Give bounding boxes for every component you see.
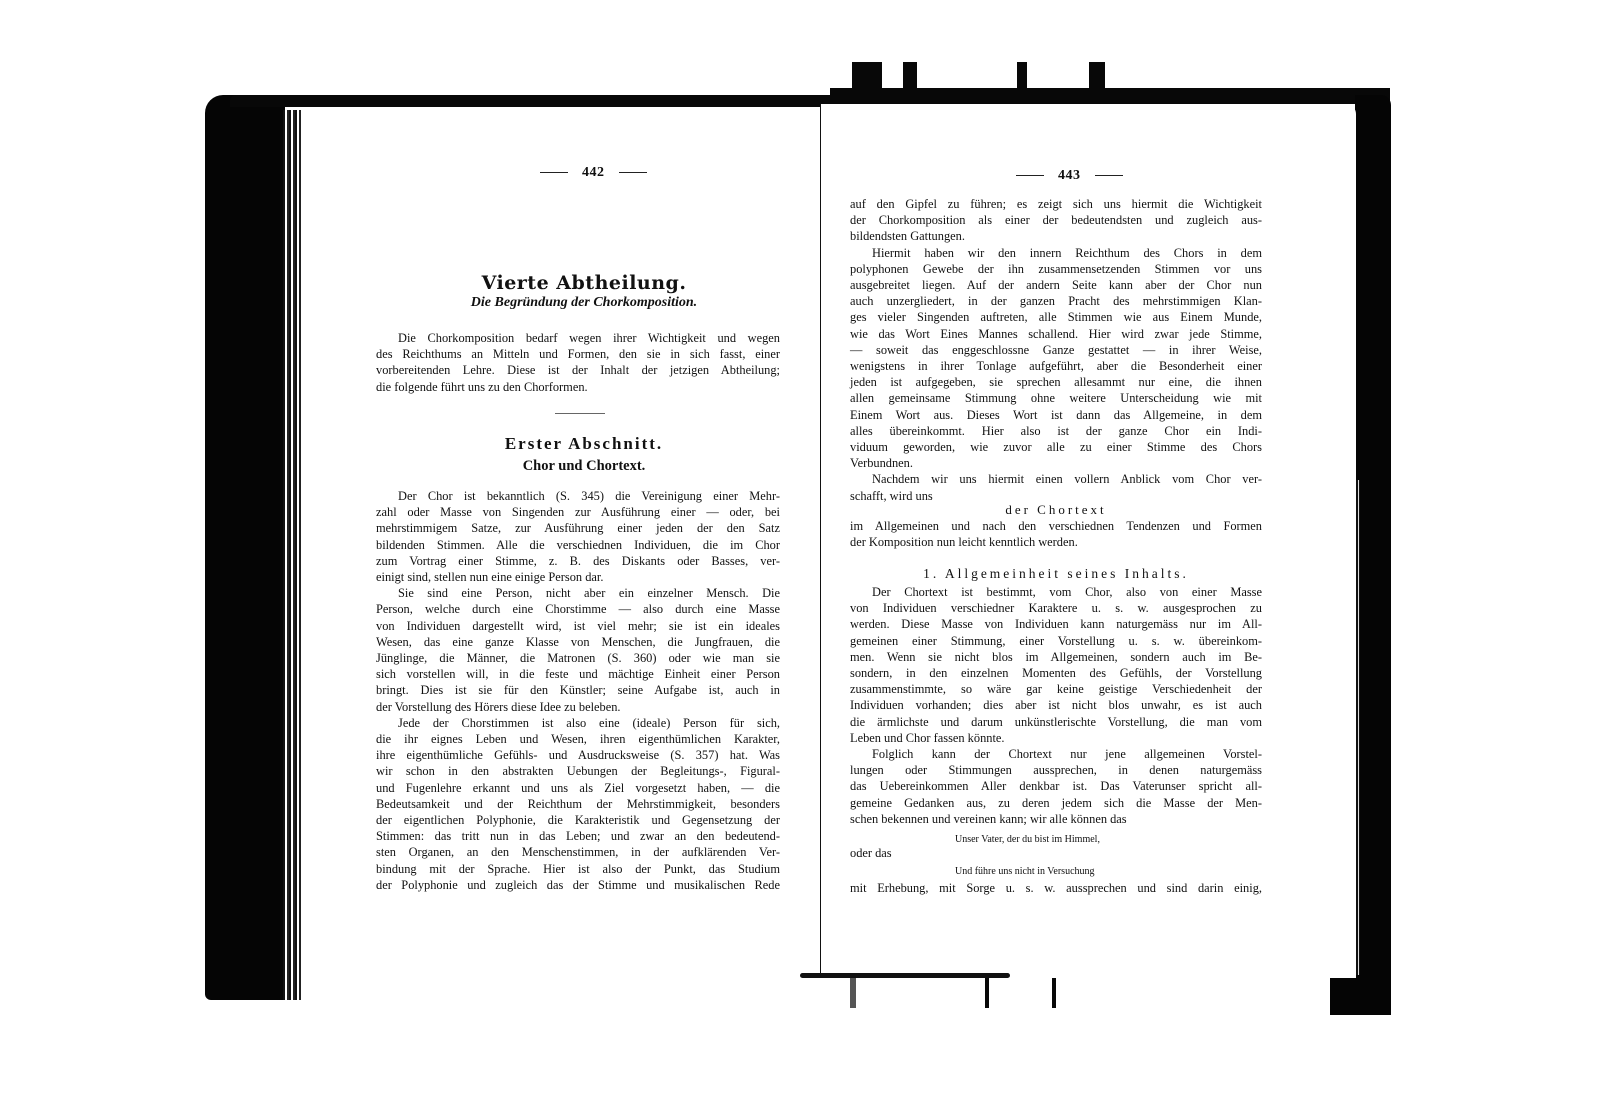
text-line: des Reichthums an Mitteln und Formen, de…	[376, 346, 780, 362]
page-tab-marker	[1017, 62, 1027, 92]
text-line: Bedeutsamkeit und der Reichthum der Mehr…	[376, 796, 780, 812]
text-line: auch unzergliedert, in der ganzen Pracht…	[850, 293, 1262, 309]
text-line: polyphonen Gewebe der ihn zusammensetzen…	[850, 261, 1262, 277]
text-line: Person, welche durch eine Chorstimme — a…	[376, 601, 780, 617]
text-line: wir schon in den abstrakten Uebungen der…	[376, 763, 780, 779]
text-line: — soweit das enggeschlossne Ganze gestat…	[850, 342, 1262, 358]
book-cover-corner	[1330, 975, 1390, 1015]
text-line: Wesen, das eine ganze Klasse von Mensche…	[376, 634, 780, 650]
text-line: der Komposition nun leicht kenntlich wer…	[850, 534, 1262, 550]
text-line: sich vorstellen will, in die feste und m…	[376, 666, 780, 682]
page-tab-marker	[1089, 62, 1105, 92]
text-line: Der Chor ist bekanntlich (S. 345) die Ve…	[376, 488, 780, 504]
text-line: werden. Diese Masse von Individuen kann …	[850, 616, 1262, 632]
text-line: bindung mit der Sprache. Hier ist also d…	[376, 861, 780, 877]
text-line: das Uebereinkommen Aller denkbar ist. Da…	[850, 778, 1262, 794]
text-line: lungen oder Stimmungen aussprechen, in d…	[850, 762, 1262, 778]
text-line: ausgebreitet liegen. Auf der andern Seit…	[850, 277, 1262, 293]
text-line: auf den Gipfel zu führen; es zeigt sich …	[850, 196, 1262, 212]
text-line: bildendsten Gattungen.	[850, 228, 1262, 244]
page-tab-marker	[903, 62, 917, 92]
text-line: sten Organen, an den Menschenstimmen, in…	[376, 844, 780, 860]
text-line: Individuen vorhanden; dies aber ist nich…	[850, 697, 1262, 713]
connector-text: oder das	[850, 845, 1050, 861]
text-line: mit Erhebung, mit Sorge u. s. w. ausspre…	[850, 880, 1262, 896]
text-line: zum Vortrag einer Stimme, z. B. des Disk…	[376, 553, 780, 569]
chapter-title: Erster Abschnitt.	[388, 436, 780, 452]
section-title: Vierte Abtheilung.	[388, 275, 780, 291]
text-line: jeden ist aufgegeben, sie sprechen alles…	[850, 374, 1262, 390]
text-line: zahl oder Masse von Singenden zur Ausfüh…	[376, 504, 780, 520]
text-line: Folglich kann der Chortext nur jene allg…	[850, 746, 1262, 762]
section-divider	[555, 413, 605, 414]
page-tab-marker	[1052, 978, 1056, 1008]
chapter-heading: Erster Abschnitt. Chor und Chortext.	[388, 436, 780, 474]
text-line: Einem Wort aus. Dieses Wort ist dann das…	[850, 407, 1262, 423]
text-line: sondern, in den einzelnen Momenten des G…	[850, 665, 1262, 681]
text-line: zusammenstimmte, so wäre gar keine geist…	[850, 681, 1262, 697]
final-line: mit Erhebung, mit Sorge u. s. w. ausspre…	[850, 880, 1262, 896]
text-line: bildenden Stimmen. Alle die verschiednen…	[376, 537, 780, 553]
chapter-subtitle: Chor und Chortext.	[388, 458, 780, 474]
text-line: die folgende führt uns zu den Chorformen…	[376, 379, 780, 395]
text-line: Stimmen: das tritt nun in das Leben; und…	[376, 828, 780, 844]
section-subtitle: Die Begründung der Chorkomposition.	[388, 295, 780, 311]
text-line: der eigentlichen Polyphonie, die Karakte…	[376, 812, 780, 828]
text-line: alles übereinkommt. Hier also ist der ga…	[850, 423, 1262, 439]
text-line: wenigstens in ihrer Tonlage aufgeführt, …	[850, 358, 1262, 374]
text-line: Der Chortext ist bestimmt, vom Chor, als…	[850, 584, 1262, 600]
centered-term: der Chortext	[850, 502, 1262, 518]
text-line: Jede der Chorstimmen ist also eine (idea…	[376, 715, 780, 731]
gutter-bottom-edge	[800, 973, 1010, 978]
text-line: bringt. Dies ist sie für den Künstler; s…	[376, 682, 780, 698]
text-line: von Individuen dargestellt wird, ist vie…	[376, 618, 780, 634]
text-line: von Individuen verschiedner Karaktere u.…	[850, 600, 1262, 616]
book-cover-right	[1355, 95, 1391, 1015]
page-tab-marker	[985, 978, 989, 1008]
book-cover-top-left	[230, 95, 830, 107]
text-line: Leben und Chor fassen könnte.	[850, 730, 1262, 746]
text-line: schen bekennen und vereinen kann; wir al…	[850, 811, 1262, 827]
left-intro-paragraph: Die Chorkomposition bedarf wegen ihrer W…	[376, 330, 780, 395]
text-line: viduum geworden, wie zuvor alle zu einer…	[850, 439, 1262, 455]
text-line: Die Chorkomposition bedarf wegen ihrer W…	[376, 330, 780, 346]
text-line: die ärmlichste und darum unkünstlerischt…	[850, 714, 1262, 730]
subsection-title: 1. Allgemeinheit seines Inhalts.	[850, 566, 1262, 582]
text-line: gemeine Gedanken aus, zu deren jedem sic…	[850, 795, 1262, 811]
text-line: wie das Wort Eines Mannes schallend. Hie…	[850, 326, 1262, 342]
text-line: Sie sind eine Person, nicht aber ein ein…	[376, 585, 780, 601]
quote-line-2: Und führe uns nicht in Versuchung	[955, 864, 1205, 880]
left-section-heading: Vierte Abtheilung. Die Begründung der Ch…	[388, 275, 780, 311]
left-body-text: Der Chor ist bekanntlich (S. 345) die Ve…	[376, 488, 780, 893]
text-line: allen gemeinsame Stimmung ohne weitere U…	[850, 390, 1262, 406]
text-line: men. Wenn sie nicht blos im Allgemeinen,…	[850, 649, 1262, 665]
text-line: der Polyphonie und zugleich das der Stim…	[376, 877, 780, 893]
text-line: und Fugenlehre erkannt und uns als Ziel …	[376, 780, 780, 796]
page-number-left: 442	[526, 165, 661, 181]
text-line: im Allgemeinen und nach den verschiednen…	[850, 518, 1262, 534]
text-line: einigt sind, stellen nun eine einige Per…	[376, 569, 780, 585]
page-tab-marker	[850, 978, 856, 1008]
book-cover-left	[205, 95, 285, 1000]
text-line: mehrstimmigem Satze, zur Ausführung eine…	[376, 520, 780, 536]
text-line: ges vieler Singenden auftreten, alle Sti…	[850, 309, 1262, 325]
text-line: Nachdem wir uns hiermit einen vollern An…	[850, 471, 1262, 487]
right-body-text-top: auf den Gipfel zu führen; es zeigt sich …	[850, 196, 1262, 504]
page-number-right: 443	[1002, 168, 1137, 184]
right-body-text-bottom: Der Chortext ist bestimmt, vom Chor, als…	[850, 584, 1262, 827]
page-tab-marker	[852, 62, 882, 92]
text-line: gemeinen einer Stimmung, einer Vorstellu…	[850, 633, 1262, 649]
text-line: Verbundnen.	[850, 455, 1262, 471]
text-line: der Vorstellung des Hörers diese Idee zu…	[376, 699, 780, 715]
page-edges-left	[283, 110, 301, 1000]
text-line: ihre eigenthümliche Gefühls- und Ausdruc…	[376, 747, 780, 763]
text-line: vorbereitenden Lehre. Diese ist der Inha…	[376, 362, 780, 378]
text-line: Jünglinge, die Männer, die Matronen (S. …	[376, 650, 780, 666]
text-line: Hiermit haben wir den innern Reichthum d…	[850, 245, 1262, 261]
text-line: die ihr eignes Leben und Wesen, ihren ei…	[376, 731, 780, 747]
right-body-text-mid: im Allgemeinen und nach den verschiednen…	[850, 518, 1262, 550]
text-line: der Chorkomposition als einer der bedeut…	[850, 212, 1262, 228]
